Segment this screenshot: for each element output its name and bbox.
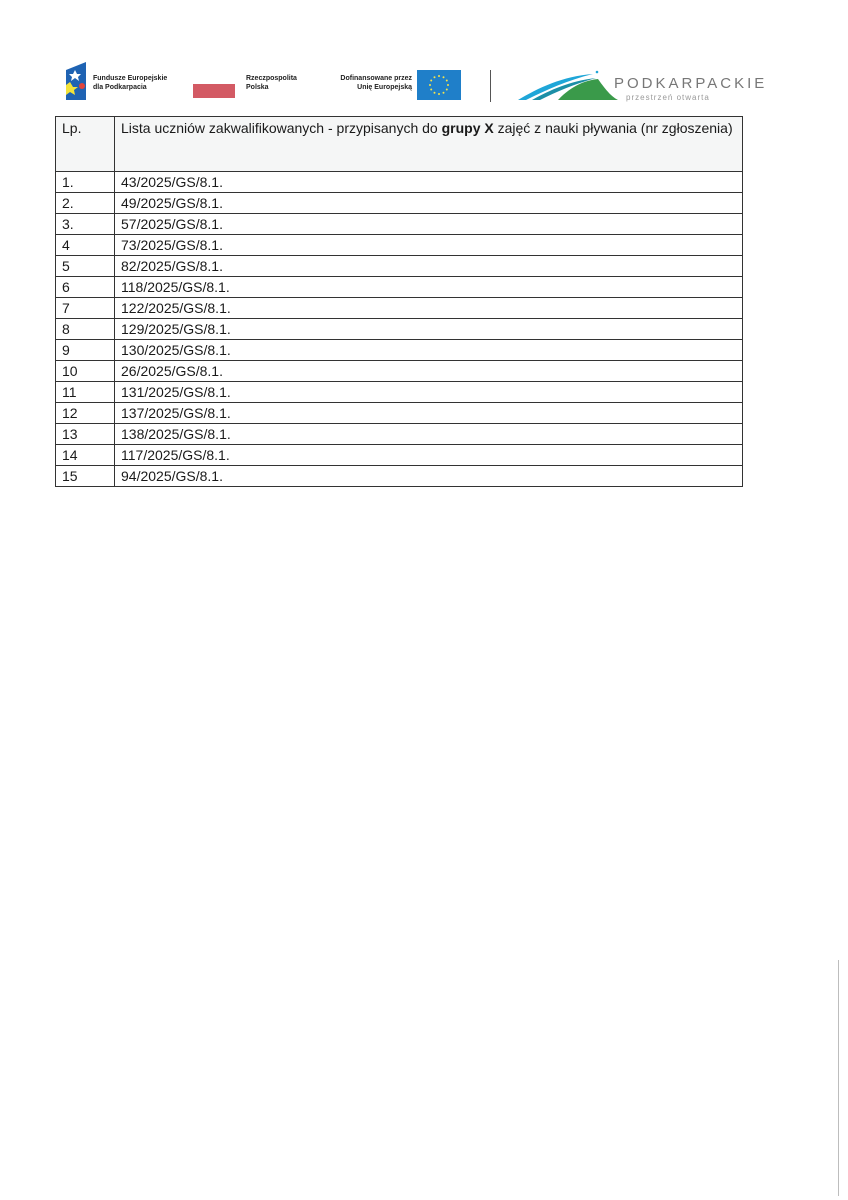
cell-lp: 8 — [56, 319, 115, 340]
rp-label: Rzeczpospolita Polska — [246, 74, 297, 92]
table-row: 8129/2025/GS/8.1. — [56, 319, 743, 340]
cell-lp: 11 — [56, 382, 115, 403]
logo-divider — [490, 70, 491, 102]
eu-label-line2: Unię Europejską — [330, 83, 412, 92]
rp-label-line1: Rzeczpospolita — [246, 74, 297, 83]
cell-application-number: 49/2025/GS/8.1. — [115, 193, 743, 214]
eu-flag-icon — [417, 70, 461, 100]
table-row: 582/2025/GS/8.1. — [56, 256, 743, 277]
cell-lp: 1. — [56, 172, 115, 193]
cell-application-number: 43/2025/GS/8.1. — [115, 172, 743, 193]
fundusze-europejskie-logo-icon — [66, 62, 86, 100]
cell-application-number: 122/2025/GS/8.1. — [115, 298, 743, 319]
cell-lp: 15 — [56, 466, 115, 487]
table-row: 1026/2025/GS/8.1. — [56, 361, 743, 382]
cell-application-number: 130/2025/GS/8.1. — [115, 340, 743, 361]
cell-application-number: 82/2025/GS/8.1. — [115, 256, 743, 277]
logo-bar: Fundusze Europejskie dla Podkarpacia Rze… — [0, 0, 848, 110]
cell-lp: 2. — [56, 193, 115, 214]
cell-lp: 4 — [56, 235, 115, 256]
header-text-group: grupy X — [442, 120, 494, 136]
cell-lp: 5 — [56, 256, 115, 277]
podkarpackie-name: PODKARPACKIE — [614, 75, 767, 92]
fe-label-line2: dla Podkarpacia — [93, 83, 167, 92]
cell-application-number: 26/2025/GS/8.1. — [115, 361, 743, 382]
podkarpackie-logo-icon — [518, 70, 618, 102]
cell-application-number: 131/2025/GS/8.1. — [115, 382, 743, 403]
table-row: 1594/2025/GS/8.1. — [56, 466, 743, 487]
podkarpackie-subtitle: przestrzeń otwarta — [626, 93, 710, 102]
eu-label: Dofinansowane przez Unię Europejską — [330, 74, 412, 92]
header-text-part2: zajęć z nauki pływania (nr zgłoszenia) — [494, 120, 733, 136]
table-row: 7122/2025/GS/8.1. — [56, 298, 743, 319]
table-row: 473/2025/GS/8.1. — [56, 235, 743, 256]
table-row: 3.57/2025/GS/8.1. — [56, 214, 743, 235]
table-row: 14117/2025/GS/8.1. — [56, 445, 743, 466]
column-header-list: Lista uczniów zakwalifikowanych - przypi… — [115, 117, 743, 172]
scan-edge-line — [838, 960, 839, 1196]
cell-lp: 9 — [56, 340, 115, 361]
polish-flag-icon — [193, 84, 235, 98]
rp-label-line2: Polska — [246, 83, 297, 92]
header-text-part1: Lista uczniów zakwalifikowanych - przypi… — [121, 120, 442, 136]
table-row: 2.49/2025/GS/8.1. — [56, 193, 743, 214]
cell-lp: 12 — [56, 403, 115, 424]
table-row: 13138/2025/GS/8.1. — [56, 424, 743, 445]
table-row: 6118/2025/GS/8.1. — [56, 277, 743, 298]
cell-application-number: 137/2025/GS/8.1. — [115, 403, 743, 424]
cell-application-number: 57/2025/GS/8.1. — [115, 214, 743, 235]
column-header-lp: Lp. — [56, 117, 115, 172]
fe-label-line1: Fundusze Europejskie — [93, 74, 167, 83]
table-header-row: Lp. Lista uczniów zakwalifikowanych - pr… — [56, 117, 743, 172]
cell-lp: 10 — [56, 361, 115, 382]
table-row: 1.43/2025/GS/8.1. — [56, 172, 743, 193]
fe-label: Fundusze Europejskie dla Podkarpacia — [93, 74, 167, 92]
cell-application-number: 118/2025/GS/8.1. — [115, 277, 743, 298]
cell-lp: 14 — [56, 445, 115, 466]
table-row: 11131/2025/GS/8.1. — [56, 382, 743, 403]
cell-application-number: 117/2025/GS/8.1. — [115, 445, 743, 466]
cell-lp: 6 — [56, 277, 115, 298]
cell-lp: 13 — [56, 424, 115, 445]
eu-label-line1: Dofinansowane przez — [330, 74, 412, 83]
cell-application-number: 138/2025/GS/8.1. — [115, 424, 743, 445]
cell-application-number: 94/2025/GS/8.1. — [115, 466, 743, 487]
cell-lp: 3. — [56, 214, 115, 235]
qualified-students-table: Lp. Lista uczniów zakwalifikowanych - pr… — [55, 116, 743, 487]
cell-application-number: 129/2025/GS/8.1. — [115, 319, 743, 340]
table-row: 9130/2025/GS/8.1. — [56, 340, 743, 361]
cell-lp: 7 — [56, 298, 115, 319]
table-row: 12137/2025/GS/8.1. — [56, 403, 743, 424]
cell-application-number: 73/2025/GS/8.1. — [115, 235, 743, 256]
